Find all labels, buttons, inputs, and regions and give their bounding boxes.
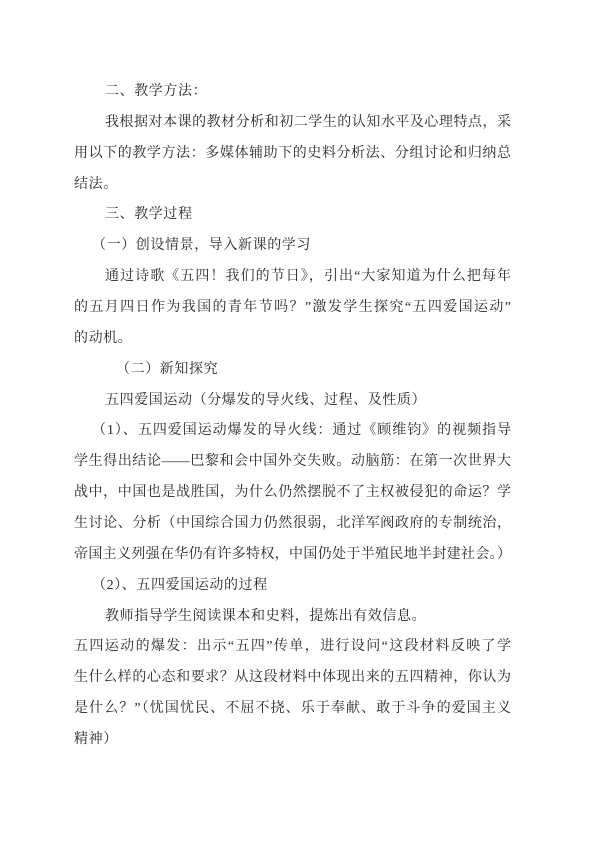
text-line: 学生得出结论——巴黎和会中国外交失败。动脑筋：在第一次世界大 (74, 447, 511, 478)
text-line: 的动机。 (74, 324, 511, 355)
text-line-subsection-heading: （一）创设情景，导入新课的学习 (74, 231, 511, 262)
text-line: 五四运动的爆发：出示“五四”传单，进行设问“这段材料反映了学 (74, 632, 511, 663)
text-line: 的五月四日作为我国的青年节吗？”激发学生探究“五四爱国运动” (74, 293, 511, 324)
text-line: 战中，中国也是战胜国，为什么仍然摆脱不了主权被侵犯的命运？学 (74, 478, 511, 509)
text-line-section-heading: 二、教学方法： (74, 77, 511, 108)
text-line: 通过诗歌《五四！我们的节日》，引出“大家知道为什么把每年 (74, 262, 511, 293)
text-line-subsection-heading: （二）新知探究 (74, 355, 511, 386)
text-line: 结法。 (74, 170, 511, 201)
text-line: 生什么样的心态和要求？从这段材料中体现出来的五四精神，你认为 (74, 663, 511, 694)
text-line: （1）、五四爱国运动爆发的导火线：通过《顾维钧》的视频指导 (74, 416, 511, 447)
text-line: 生讨论、分析（中国综合国力仍然很弱，北洋军阀政府的专制统治， (74, 509, 511, 540)
text-line: 我根据对本课的教材分析和初二学生的认知水平及心理特点，采 (74, 108, 511, 139)
text-line: 帝国主义列强在华仍有许多特权，中国仍处于半殖民地半封建社会。） (74, 540, 511, 571)
text-line-subsection-heading: （2）、五四爱国运动的过程 (74, 571, 511, 602)
text-line: 是什么？”（忧国忧民、不屈不挠、乐于奉献、敢于斗争的爱国主义 (74, 694, 511, 725)
document-page: 二、教学方法： 我根据对本课的教材分析和初二学生的认知水平及心理特点，采 用以下… (0, 0, 595, 842)
text-line: 精神） (74, 725, 511, 756)
text-line: 五四爱国运动（分爆发的导火线、过程、及性质） (74, 386, 511, 417)
text-line: 教师指导学生阅读课本和史料，提炼出有效信息。 (74, 602, 511, 633)
text-line-section-heading: 三、教学过程 (74, 200, 511, 231)
document-text-block: 二、教学方法： 我根据对本课的教材分析和初二学生的认知水平及心理特点，采 用以下… (74, 77, 511, 756)
text-line: 用以下的教学方法：多媒体辅助下的史料分析法、分组讨论和归纳总 (74, 139, 511, 170)
